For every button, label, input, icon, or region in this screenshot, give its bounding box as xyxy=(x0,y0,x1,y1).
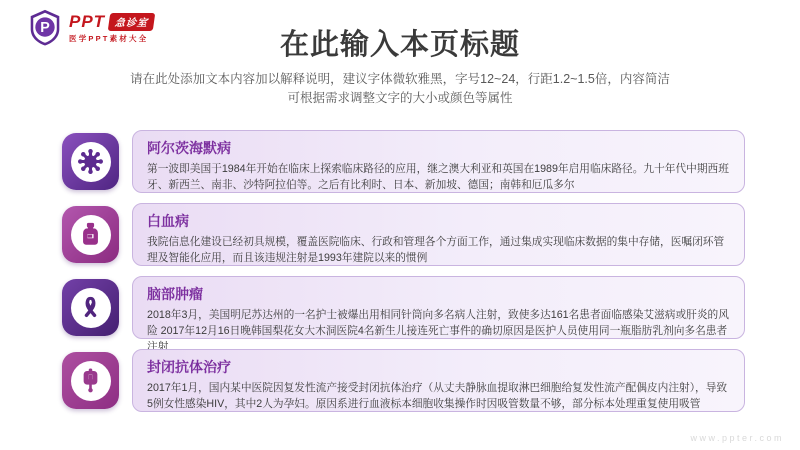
list-item: 阿尔茨海默病 第一波即美国于1984年开始在临床上探索临床路径的应用，继之澳大利… xyxy=(62,130,745,193)
item-title: 封闭抗体治疗 xyxy=(147,357,730,377)
subtitle-line-1: 请在此处添加文本内容加以解释说明，建议字体微软雅黑，字号12~24，行距1.2~… xyxy=(0,70,800,89)
icon-circle xyxy=(71,215,111,255)
icon-circle xyxy=(71,288,111,328)
item-card: 封闭抗体治疗 2017年1月，国内某中医院因复发性流产接受封闭抗体治疗（从丈夫静… xyxy=(132,349,745,412)
shield-icon: P xyxy=(28,9,62,46)
list-item: 脑部肿瘤 2018年3月，美国明尼苏达州的一名护士被爆出用相同针筒向多名病人注射… xyxy=(62,276,745,339)
icon-tile xyxy=(62,133,119,190)
logo-text: PPT 急诊室 医学PPT素材大全 xyxy=(69,12,154,44)
logo-letter: P xyxy=(40,20,50,36)
item-body: 2018年3月，美国明尼苏达州的一名护士被爆出用相同针筒向多名病人注射，致使多达… xyxy=(147,307,730,355)
list-item: 封闭抗体治疗 2017年1月，国内某中医院因复发性流产接受封闭抗体治疗（从丈夫静… xyxy=(62,349,745,412)
logo-badge: 急诊室 xyxy=(108,13,156,31)
watermark: www.ppter.com xyxy=(690,433,784,443)
item-body: 第一波即美国于1984年开始在临床上探索临床路径的应用，继之澳大利亚和英国在19… xyxy=(147,161,730,193)
item-title: 脑部肿瘤 xyxy=(147,284,730,304)
item-title: 阿尔茨海默病 xyxy=(147,138,730,158)
item-card: 脑部肿瘤 2018年3月，美国明尼苏达州的一名护士被爆出用相同针筒向多名病人注射… xyxy=(132,276,745,339)
disease-list: 阿尔茨海默病 第一波即美国于1984年开始在临床上探索临床路径的应用，继之澳大利… xyxy=(62,130,745,412)
logo-subtitle: 医学PPT素材大全 xyxy=(69,33,154,44)
item-body: 2017年1月，国内某中医院因复发性流产接受封闭抗体治疗（从丈夫静脉血提取淋巴细… xyxy=(147,380,730,412)
subtitle-line-2: 可根据需求调整文字的大小或颜色等属性 xyxy=(0,89,800,108)
icon-tile xyxy=(62,352,119,409)
icon-circle xyxy=(71,142,111,182)
item-card: 白血病 我院信息化建设已经初具规模，覆盖医院临床、行政和管理各个方面工作，通过集… xyxy=(132,203,745,266)
item-title: 白血病 xyxy=(147,211,730,231)
item-card: 阿尔茨海默病 第一波即美国于1984年开始在临床上探索临床路径的应用，继之澳大利… xyxy=(132,130,745,193)
icon-tile xyxy=(62,206,119,263)
icon-circle xyxy=(71,361,111,401)
item-body: 我院信息化建设已经初具规模，覆盖医院临床、行政和管理各个方面工作，通过集成实现临… xyxy=(147,234,730,266)
brand-logo: P PPT 急诊室 医学PPT素材大全 xyxy=(28,9,154,46)
virus-icon xyxy=(77,148,104,175)
icon-tile xyxy=(62,279,119,336)
slide: P PPT 急诊室 医学PPT素材大全 在此输入本页标题 请在此处添加文本内容加… xyxy=(0,0,800,450)
page-subtitle: 请在此处添加文本内容加以解释说明，建议字体微软雅黑，字号12~24，行距1.2~… xyxy=(0,70,800,109)
iv-bag-icon xyxy=(77,367,104,394)
list-item: 白血病 我院信息化建设已经初具规模，覆盖医院临床、行政和管理各个方面工作，通过集… xyxy=(62,203,745,266)
logo-wordmark: PPT xyxy=(69,12,105,32)
medicine-bottle-icon xyxy=(77,221,104,248)
awareness-ribbon-icon xyxy=(77,294,104,321)
